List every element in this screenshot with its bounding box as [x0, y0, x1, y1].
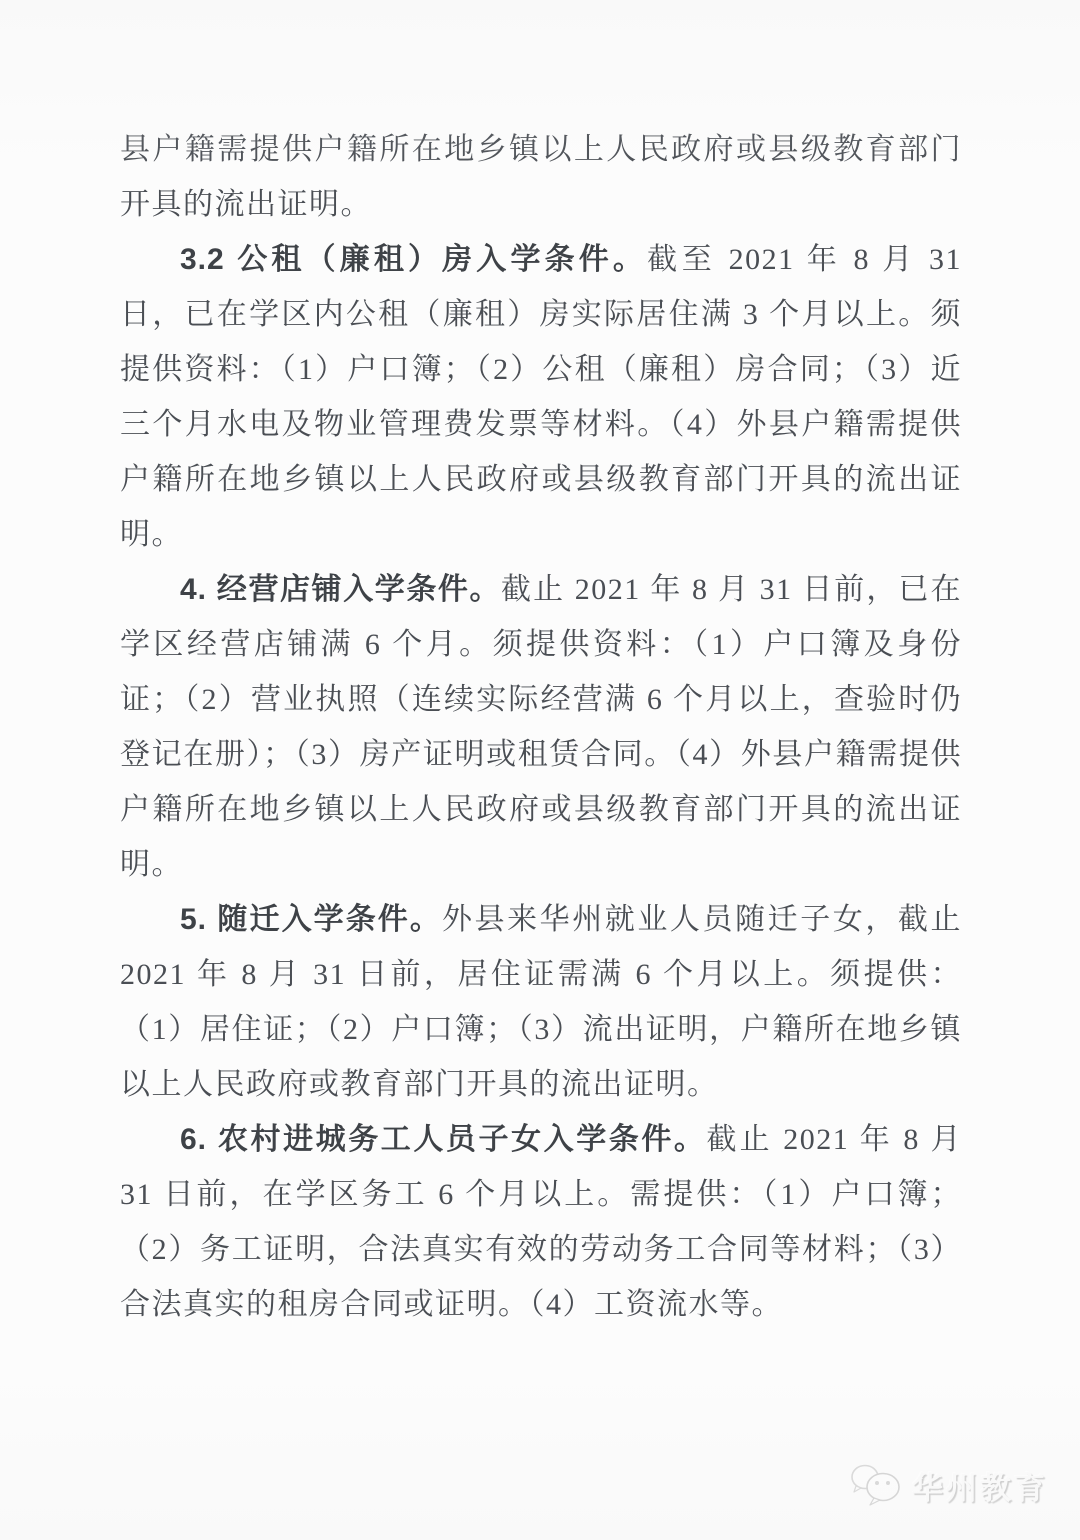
paragraph-text: 县户籍需提供户籍所在地乡镇以上人民政府或县级教育部门开具的流出证明。 [120, 133, 962, 221]
paragraph-lead: 3.2 公租（廉租）房入学条件。 [180, 243, 647, 276]
paragraph-public-rental-housing: 3.2 公租（廉租）房入学条件。截至 2021 年 8 月 31 日，已在学区内… [120, 232, 962, 562]
wechat-icon [850, 1462, 904, 1508]
document-page: 县户籍需提供户籍所在地乡镇以上人民政府或县级教育部门开具的流出证明。 3.2 公… [0, 0, 1080, 1540]
paragraph-rural-workers-children: 6. 农村进城务工人员子女入学条件。截止 2021 年 8 月 31 日前，在学… [120, 1112, 962, 1332]
paragraph-lead: 6. 农村进城务工人员子女入学条件。 [180, 1123, 707, 1156]
paragraph-migrant-children: 5. 随迁入学条件。外县来华州就业人员随迁子女，截止 2021 年 8 月 31… [120, 892, 962, 1112]
paragraph-business-shop: 4. 经营店铺入学条件。截止 2021 年 8 月 31 日前，已在学区经营店铺… [120, 562, 962, 892]
paragraph-lead: 4. 经营店铺入学条件。 [180, 573, 501, 606]
paragraph-text: 截至 2021 年 8 月 31 日，已在学区内公租（廉租）房实际居住满 3 个… [120, 243, 962, 551]
paragraph-text: 截止 2021 年 8 月 31 日前，已在学区经营店铺满 6 个月。须提供资料… [120, 573, 962, 881]
document-body: 县户籍需提供户籍所在地乡镇以上人民政府或县级教育部门开具的流出证明。 3.2 公… [120, 122, 962, 1332]
paragraph-continuation: 县户籍需提供户籍所在地乡镇以上人民政府或县级教育部门开具的流出证明。 [120, 122, 962, 232]
paragraph-lead: 5. 随迁入学条件。 [180, 903, 442, 936]
watermark: 华州教育 [850, 1462, 1048, 1508]
watermark-label: 华州教育 [912, 1463, 1048, 1508]
